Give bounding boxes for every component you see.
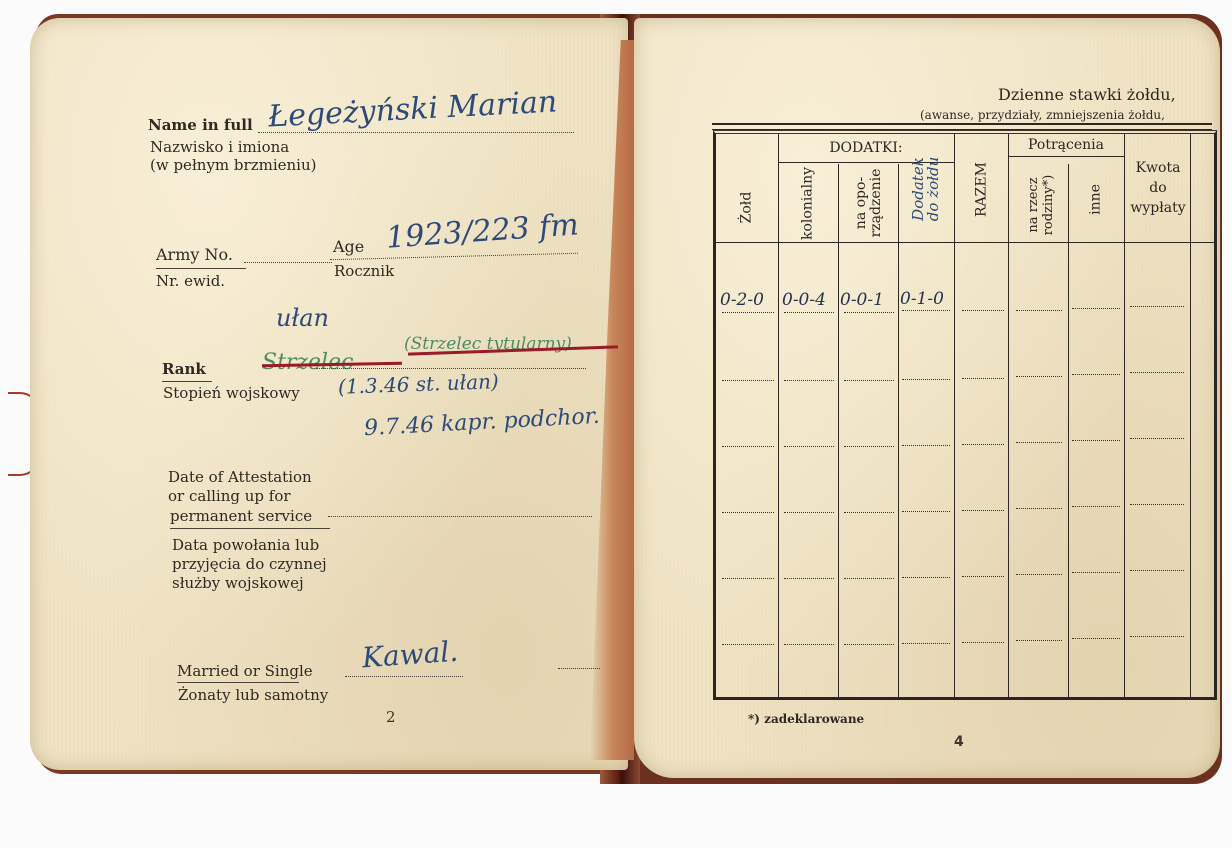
army-no-label-en: Army No. bbox=[156, 246, 233, 264]
header-bottom-line bbox=[716, 242, 1216, 243]
army-no-dotted-line bbox=[244, 262, 332, 263]
col-divider bbox=[898, 164, 899, 697]
col-divider bbox=[1008, 134, 1009, 697]
marital-underline bbox=[177, 682, 299, 683]
header-rodziny: na rzecz rodziny*) bbox=[1026, 162, 1056, 248]
header-rodziny-line2: rodziny*) bbox=[1041, 175, 1056, 236]
rank-label-en: Rank bbox=[162, 360, 206, 378]
pay-rates-table: DODATKI: Potrącenia Żołd kolonialny na o… bbox=[713, 130, 1217, 700]
col-divider bbox=[1124, 134, 1125, 697]
header-kwota-line1: Kwota bbox=[1136, 160, 1181, 176]
rank-underline bbox=[162, 381, 212, 382]
col-divider bbox=[1068, 164, 1069, 697]
header-dodatek: Dodatek do żołdu bbox=[911, 147, 941, 231]
attestation-label-pl-1: Data powołania lub bbox=[172, 536, 319, 554]
age-label-en: Age bbox=[333, 238, 364, 256]
header-rodziny-line1: na rzecz bbox=[1026, 177, 1041, 232]
attestation-label-en-2: or calling up for bbox=[168, 487, 291, 505]
rank-handwritten-above: ułan bbox=[276, 304, 329, 332]
marital-label-pl: Żonaty lub samotny bbox=[178, 686, 328, 704]
header-potracenia: Potrącenia bbox=[1008, 137, 1124, 153]
cell-kolonialny-row1: 0-0-4 bbox=[782, 290, 826, 310]
attestation-dotted-line bbox=[328, 516, 592, 517]
marital-dotted-line-end bbox=[558, 668, 600, 669]
name-label-en: Name in full bbox=[148, 116, 253, 134]
header-dodatek-line2: do żołdu bbox=[924, 157, 942, 221]
age-label-pl: Rocznik bbox=[334, 262, 394, 280]
header-kwota-line3: wypłaty bbox=[1130, 200, 1185, 216]
attestation-underline bbox=[170, 528, 330, 529]
cell-zold-row1: 0-2-0 bbox=[720, 290, 764, 310]
col-divider bbox=[838, 164, 839, 697]
right-page-subtitle: (awanse, przydziały, zmniejszenia żołdu, bbox=[920, 106, 1165, 124]
header-kwota: Kwota do wypłaty bbox=[1126, 158, 1190, 218]
right-page-title: Dzienne stawki żołdu, bbox=[998, 86, 1176, 104]
attestation-label-en-3: permanent service bbox=[170, 507, 312, 525]
header-zold: Żołd bbox=[740, 171, 755, 245]
col-divider bbox=[1190, 134, 1191, 697]
marital-handwritten: Kawal. bbox=[361, 635, 459, 675]
name-dotted-line bbox=[258, 132, 574, 133]
col-divider bbox=[954, 134, 955, 697]
army-no-underline bbox=[156, 268, 246, 269]
attestation-label-pl-2: przyjęcia do czynnej bbox=[172, 555, 327, 573]
header-inne: inne bbox=[1089, 180, 1104, 220]
rank-dotted-line bbox=[316, 368, 586, 369]
rank-label-pl: Stopień wojskowy bbox=[163, 384, 300, 402]
header-kwota-line2: do bbox=[1149, 180, 1166, 196]
col-divider bbox=[778, 134, 779, 697]
header-oporzadzenie-line1: na opo- bbox=[853, 177, 869, 229]
page-number-right: 4 bbox=[954, 734, 964, 750]
title-rule bbox=[712, 123, 1212, 130]
army-no-label-pl: Nr. ewid. bbox=[156, 272, 225, 290]
cell-dodatek-row1: 0-1-0 bbox=[900, 289, 944, 309]
attestation-label-pl-3: służby wojskowej bbox=[172, 574, 304, 592]
name-label-pl-1: Nazwisko i imiona bbox=[150, 138, 289, 156]
header-razem: RAZEM bbox=[975, 150, 990, 230]
header-oporzadzenie-line2: rządzenie bbox=[868, 169, 884, 238]
potracenia-underline bbox=[1008, 156, 1124, 157]
name-label-pl-2: (w pełnym brzmieniu) bbox=[150, 156, 316, 174]
attestation-label-en-1: Date of Attestation bbox=[168, 468, 312, 486]
header-kolonialny: kolonialny bbox=[801, 166, 816, 242]
marital-label-en: Married or Single bbox=[177, 662, 313, 680]
header-oporzadzenie: na opo- rządzenie bbox=[854, 164, 884, 242]
page-number-left: 2 bbox=[386, 708, 396, 726]
marital-dotted-line bbox=[345, 676, 463, 677]
cell-oporzadzenie-row1: 0-0-1 bbox=[840, 290, 884, 310]
footnote: *) zadeklarowane bbox=[748, 710, 864, 728]
